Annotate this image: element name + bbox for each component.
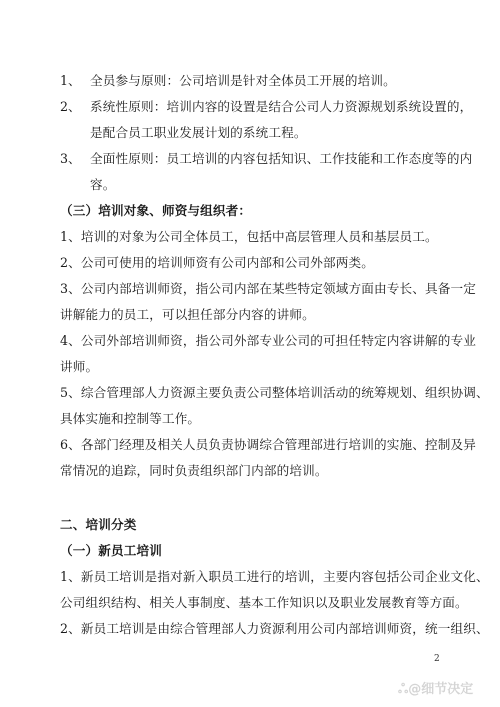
- section3-item-4-line-2: 讲师。: [60, 359, 98, 375]
- principle-2-text-line-1: 系统性原则：培训内容的设置是结合公司人力资源规划系统设置的，: [90, 99, 472, 115]
- principle-3-text-line-1: 全面性原则：员工培训的内容包括知识、工作技能和工作态度等的内: [90, 151, 472, 167]
- document-page: 1、 全员参与原则：公司培训是针对全体员工开展的培训。 2、 系统性原则：培训内…: [0, 0, 500, 707]
- section3-item-2-line-1: 2、公司可使用的培训师资有公司内部和公司外部两类。: [60, 255, 374, 271]
- section3-item-4-line-1: 4、公司外部培训师资，指公司外部专业公司的可担任特定内容讲解的专业: [60, 333, 476, 349]
- chapter-heading-training-categories: 二、培训分类: [60, 517, 136, 533]
- sub1-item-1-line-1: 1、新员工培训是指对新入职员工进行的培训，主要内容包括公司企业文化、: [60, 569, 489, 585]
- section3-item-6-line-2: 常情况的追踪，同时负责组织部门内部的培训。: [60, 463, 328, 479]
- principle-1-text: 全员参与原则：公司培训是针对全体员工开展的培训。: [90, 73, 396, 89]
- principle-2-number: 2、: [60, 99, 81, 115]
- principle-3-number: 3、: [60, 151, 81, 167]
- section3-item-5-line-2: 具体实施和控制等工作。: [60, 411, 200, 427]
- watermark: ஃ@细节决定: [398, 678, 473, 698]
- page-number: 2: [434, 654, 440, 664]
- subsection-heading-new-employee-training: （一）新员工培训: [60, 543, 162, 559]
- section3-item-6-line-1: 6、各部门经理及相关人员负责协调综合管理部进行培训的实施、控制及异: [60, 437, 476, 453]
- section3-item-3-line-2: 讲解能力的员工，可以担任部分内容的讲师。: [60, 307, 315, 323]
- principle-1-number: 1、: [60, 73, 81, 89]
- principle-2-text-line-2: 是配合员工职业发展计划的系统工程。: [90, 125, 307, 141]
- section3-item-5-line-1: 5、综合管理部人力资源主要负责公司整体培训活动的统筹规划、组织协调、: [60, 385, 489, 401]
- sub1-item-2-line-1: 2、新员工培训是由综合管理部人力资源利用公司内部培训师资，统一组织、: [60, 621, 489, 637]
- section3-item-3-line-1: 3、公司内部培训师资，指公司内部在某些特定领域方面由专长、具备一定: [60, 281, 476, 297]
- section3-item-1-line-1: 1、培训的对象为公司全体员工，包括中高层管理人员和基层员工。: [60, 229, 438, 245]
- sub1-item-1-line-2: 公司组织结构、相关人事制度、基本工作知识以及职业发展教育等方面。: [60, 595, 468, 611]
- section-heading-trainees-instructors: （三）培训对象、师资与组织者：: [60, 203, 251, 219]
- principle-3-text-line-2: 容。: [90, 177, 116, 193]
